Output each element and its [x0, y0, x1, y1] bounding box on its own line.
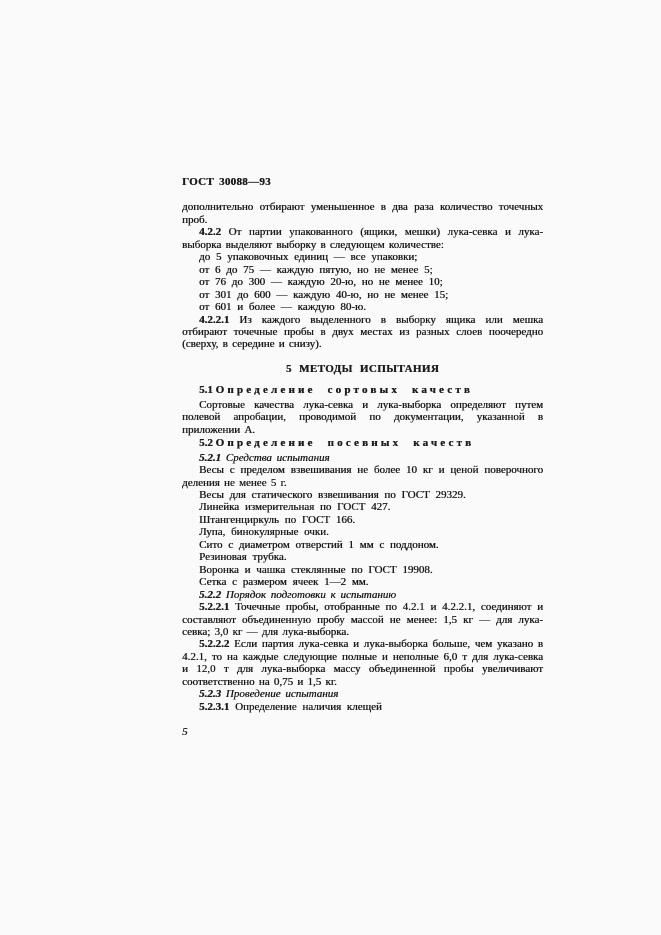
sub-heading-italic: 5.2.1 Средства испытания [182, 452, 543, 464]
paragraph: Весы с пределом взвешивания не более 10 … [182, 464, 543, 489]
page-number: 5 [182, 726, 543, 738]
text-line: Сито с диаметром отверстий 1 мм с поддон… [182, 539, 543, 551]
text-line: Воронка и чашка стеклянные по ГОСТ 19908… [182, 564, 543, 576]
sub-heading-italic: 5.2.3 Проведение испытания [182, 688, 543, 700]
text-line: Штангенциркуль по ГОСТ 166. [182, 514, 543, 526]
text-line: Сетка с размером ячеек 1—2 мм. [182, 576, 543, 588]
document-text-block: ГОСТ 30088—93 дополнительно отбирают уме… [182, 176, 543, 739]
text-line: Резиновая трубка. [182, 551, 543, 563]
paragraph: дополнительно отбирают уменьшенное в два… [182, 201, 543, 226]
standard-number-header: ГОСТ 30088—93 [182, 176, 543, 188]
sub-heading: 5.1 Определение сортовых качеств [182, 384, 543, 396]
text-line: Лупа, бинокулярные очки. [182, 526, 543, 538]
text-line: до 5 упаковочных единиц — все упаковки; [182, 251, 543, 263]
text-line: 5.2.3.1 Определение наличия клещей [182, 701, 543, 713]
scanned-document-page: ГОСТ 30088—93 дополнительно отбирают уме… [0, 0, 661, 935]
sub-heading-italic: 5.2.2 Порядок подготовки к испытанию [182, 589, 543, 601]
text-line: Линейка измерительная по ГОСТ 427. [182, 501, 543, 513]
text-line: от 76 до 300 — каждую 20-ю, но не менее … [182, 276, 543, 288]
paragraph: 5.2.2.1 Точечные пробы, отобранные по 4.… [182, 601, 543, 638]
text-line: от 301 до 600 — каждую 40-ю, но не менее… [182, 289, 543, 301]
text-line: от 6 до 75 — каждую пятую, но не менее 5… [182, 264, 543, 276]
sub-heading: 5.2 Определение посевных качеств [182, 437, 543, 449]
text-line: от 601 и более — каждую 80-ю. [182, 301, 543, 313]
paragraph: 5.2.2.2 Если партия лука-севка и лука-вы… [182, 638, 543, 688]
paragraph: Сортовые качества лука-севка и лука-выбо… [182, 399, 543, 436]
paragraph: 4.2.2 От партии упакованного (ящики, меш… [182, 226, 543, 251]
paragraph: 4.2.2.1 Из каждого выделенного в выборку… [182, 314, 543, 351]
section-heading: 5 МЕТОДЫ ИСПЫТАНИЯ [182, 363, 543, 375]
text-line: Весы для статического взвешивания по ГОС… [182, 489, 543, 501]
document-content: дополнительно отбирают уменьшенное в два… [182, 201, 543, 713]
